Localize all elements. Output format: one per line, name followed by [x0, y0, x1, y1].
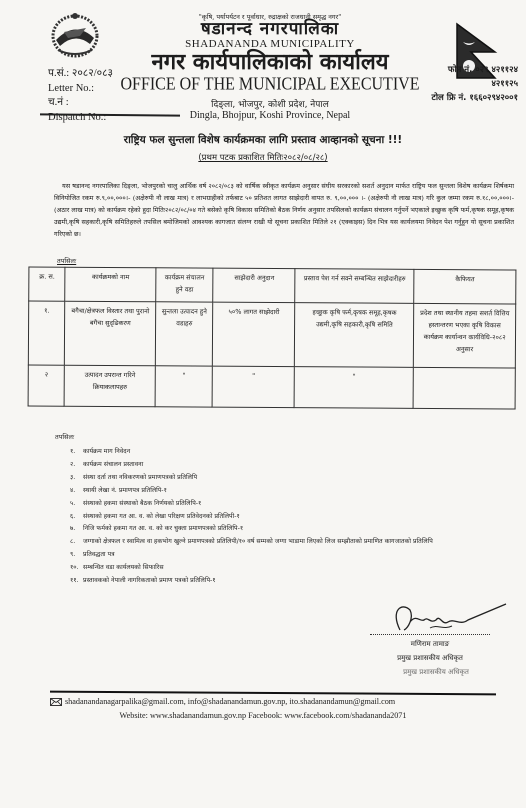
item-text: स्थायी लेखा नं. प्रमाणपत्र प्रतिलिपि-१: [83, 485, 490, 498]
item-number: ३.: [70, 472, 83, 485]
signature-line: [370, 634, 490, 635]
item-text: प्रस्तावकको नेपाली नागरिकताको प्रमाण पत्…: [83, 575, 490, 588]
col-ward: कार्यक्रम संचालन हुने वडा: [156, 268, 213, 302]
dispatch-np: च.नं :: [48, 96, 113, 111]
signatory-stamp: प्रमुख प्रशासकीय अधिकृत: [376, 668, 496, 677]
tollfree-number: टोल फ्रि नं. १६६०२९४२००१: [432, 91, 518, 105]
nepal-emblem-icon: [46, 10, 104, 60]
cell: २: [28, 365, 65, 406]
footer-rule: [50, 691, 496, 696]
item-text: प्रतिवद्धता पत्र: [83, 549, 490, 562]
notice-title: राष्ट्रिय फल सुन्तला विशेष कार्यक्रमका ल…: [0, 133, 526, 147]
notice-subtitle: (प्रथम पटक प्रकाशित मितिः२०८२/०८/२८): [0, 152, 526, 163]
cell: उत्पादन उपरान्त गरिने क्रियाकलापहरु: [64, 365, 155, 407]
footer-website: Website: www.shadanandamun.gov.np Facebo…: [0, 711, 526, 720]
item-number: ४.: [70, 485, 83, 498]
item-number: ११.: [70, 575, 83, 588]
table-row: १. बगैचा/क्षेत्रफल विस्तार तथा पुरानो बग…: [28, 301, 515, 368]
list-item: १०.सम्बन्धित वडा कार्यलयको सिफारिस: [70, 562, 490, 575]
list-item: ११.प्रस्तावकको नेपाली नागरिकताको प्रमाण …: [70, 575, 490, 588]
cell: [413, 367, 515, 409]
item-text: जग्गाको क्षेत्रफल र स्वामित्व वा हकभोग ख…: [83, 536, 490, 549]
phone-line-1: फोन नं. ०२९ ४२११२४: [432, 63, 518, 77]
details-label: तपसिलः: [57, 256, 76, 265]
publish-date: (प्रथम पटक प्रकाशित मितिः२०८२/०८/२८): [198, 153, 327, 163]
table-row: २ उत्पादन उपरान्त गरिने क्रियाकलापहरु " …: [28, 365, 515, 409]
cell: ५०% लागत साझेदारी: [213, 302, 295, 367]
notice-document: प.सं.: २०८२/०८३ Letter No.: च.नं : Dispa…: [0, 0, 526, 808]
signature-scribble-icon: [380, 600, 510, 636]
list-item: ९.प्रतिवद्धता पत्र: [70, 549, 490, 562]
list-item: ८.जग्गाको क्षेत्रफल र स्वामित्व वा हकभोग…: [70, 536, 490, 549]
signatory-title: प्रमुख प्रशासकीय अधिकृत: [370, 654, 490, 663]
address-np: दिङ्ला, भोजपुर, कोशी प्रदेश, नेपाल: [150, 97, 390, 110]
item-text: कार्यक्रम संचालन प्रस्तावना: [83, 459, 490, 472]
enclosures-list: १.कार्यक्रम माग निवेदन २.कार्यक्रम संचाल…: [70, 446, 490, 588]
list-item: १.कार्यक्रम माग निवेदन: [70, 446, 490, 459]
cell: ": [155, 366, 212, 407]
col-remarks: कैफियत: [414, 269, 516, 304]
table-header-row: क्र. स. कार्यक्रमको नाम कार्यक्रम संचालन…: [29, 267, 516, 304]
contact-phones: फोन नं. ०२९ ४२११२४ ४२११२५ टोल फ्रि नं. १…: [432, 63, 518, 105]
notice-body: यस षडानन्द नगरपालिका दिङ्ला, भोजपुरको चा…: [54, 180, 514, 240]
item-text: संस्थाको हकमा गत आ. व. को लेखा परिक्षण प…: [83, 511, 490, 524]
item-number: ५.: [70, 498, 83, 511]
col-program-name: कार्यक्रमको नाम: [65, 267, 156, 302]
email-addresses: shadanandanagarpalika@gmail.com, info@sh…: [65, 697, 395, 706]
letterhead: "कृषि, पर्यापर्यटन र पूर्वाधार, रुद्राक्…: [150, 8, 390, 121]
item-number: १.: [70, 446, 83, 459]
cell: ": [295, 367, 414, 409]
phone-line-2: ४२११२५: [432, 77, 518, 91]
col-eligible-partners: प्रस्ताव पेश गर्न सक्ने सम्बन्धित साझेदा…: [295, 269, 414, 304]
cell: ": [212, 366, 294, 408]
address-en: Dingla, Bhojpur, Koshi Province, Nepal: [150, 110, 390, 121]
program-table: क्र. स. कार्यक्रमको नाम कार्यक्रम संचालन…: [28, 267, 517, 410]
item-number: १०.: [70, 562, 83, 575]
list-item: ७.निजि फर्मको हकमा गत आ. व. को कर चुक्ता…: [70, 523, 490, 536]
cell: प्रदेश तथा स्थानीय तहमा सशर्त वित्तिय हस…: [414, 303, 516, 368]
footer-emails: shadanandanagarpalika@gmail.com, info@sh…: [50, 697, 500, 706]
cell: बगैचा/क्षेत्रफल विस्तार तथा पुरानो बगैचा…: [65, 301, 156, 366]
mail-icon: [50, 698, 62, 706]
list-item: ३.संस्था दर्ता तथा नविकरणको प्रमाणपत्रको…: [70, 472, 490, 485]
reference-block: प.सं.: २०८२/०८३ Letter No.: च.नं : Dispa…: [48, 67, 113, 125]
col-serial: क्र. स.: [29, 267, 66, 301]
signatory-name: मणिराम तामाङ: [370, 640, 490, 649]
enclosures-label: तपसिलः: [55, 432, 74, 441]
list-item: ६.संस्थाको हकमा गत आ. व. को लेखा परिक्षण…: [70, 511, 490, 524]
item-number: ९.: [70, 549, 83, 562]
office-name-np: नगर कार्यपालिकाको कार्यालय: [120, 50, 420, 76]
municipality-name-np: षडानन्द नगरपालिका: [150, 21, 390, 38]
letter-no-label: Letter No.:: [48, 82, 113, 97]
ref-number-np: प.सं.: २०८२/०८३: [48, 67, 113, 82]
cell: सुन्तला उत्पादन हुने वडाहरु: [155, 302, 213, 366]
item-number: ८.: [70, 536, 83, 549]
col-grant: साझेदारी अनुदान: [213, 268, 295, 303]
municipality-name-en: SHADANANDA MUNICIPALITY: [150, 38, 390, 50]
item-text: कार्यक्रम माग निवेदन: [83, 446, 490, 459]
item-text: संस्थाको हकमा संस्थाको बैठक निर्णयको प्र…: [83, 498, 490, 511]
list-item: ४.स्थायी लेखा नं. प्रमाणपत्र प्रतिलिपि-१: [70, 485, 490, 498]
item-text: संस्था दर्ता तथा नविकरणको प्रमाणपत्रको प…: [83, 472, 490, 485]
cell: इच्छुक कृषि फर्म,कृषक समूह,कृषक उद्यमी,क…: [295, 303, 414, 368]
item-number: २.: [70, 459, 83, 472]
item-text: निजि फर्मको हकमा गत आ. व. को कर चुक्ता प…: [83, 523, 490, 536]
item-number: ७.: [70, 523, 83, 536]
list-item: ५.संस्थाको हकमा संस्थाको बैठक निर्णयको प…: [70, 498, 490, 511]
office-name-en: OFFICE OF THE MUNICIPAL EXECUTIVE: [120, 75, 420, 96]
item-text: सम्बन्धित वडा कार्यलयको सिफारिस: [83, 562, 490, 575]
list-item: २.कार्यक्रम संचालन प्रस्तावना: [70, 459, 490, 472]
item-number: ६.: [70, 511, 83, 524]
cell: १.: [28, 301, 65, 365]
